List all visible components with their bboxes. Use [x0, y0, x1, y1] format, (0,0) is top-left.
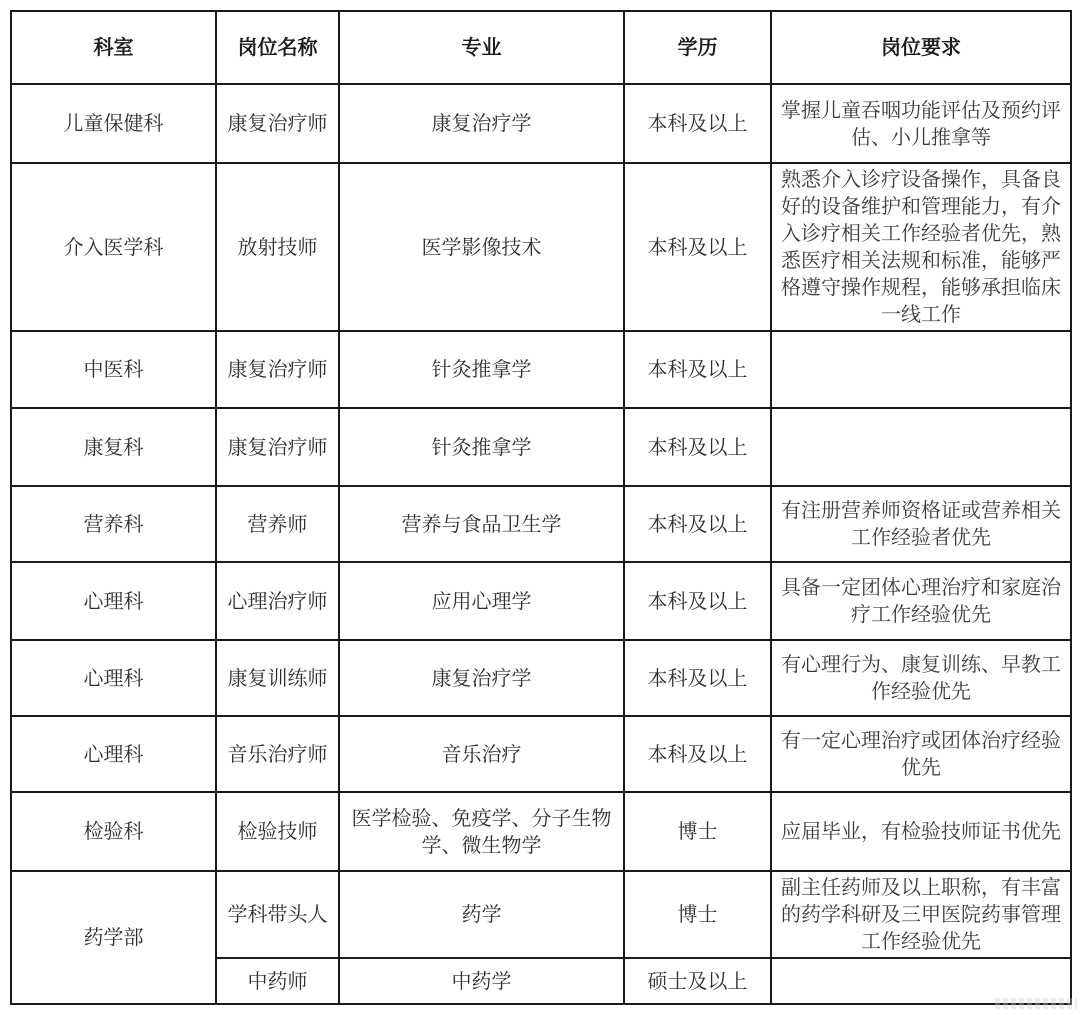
cell-req: 有注册营养师资格证或营养相关工作经验者优先: [771, 486, 1071, 562]
cell-degree: 博士: [624, 792, 771, 871]
cell-major: 药学: [339, 871, 624, 958]
cell-major: 康复治疗学: [339, 640, 624, 716]
cell-title: 心理治疗师: [216, 562, 339, 640]
cell-degree: 本科及以上: [624, 640, 771, 716]
cell-req: [771, 958, 1071, 1004]
cell-degree: 博士: [624, 871, 771, 958]
cell-degree: 本科及以上: [624, 408, 771, 486]
cell-req: 有一定心理治疗或团体治疗经验优先: [771, 716, 1071, 792]
cell-title: 音乐治疗师: [216, 716, 339, 792]
cell-degree: 硕士及以上: [624, 958, 771, 1004]
cell-degree: 本科及以上: [624, 486, 771, 562]
cell-dept: 儿童保健科: [11, 84, 216, 163]
cell-dept: 心理科: [11, 716, 216, 792]
cell-major: 中药学: [339, 958, 624, 1004]
header-dept: 科室: [11, 11, 216, 84]
cell-dept: 心理科: [11, 640, 216, 716]
cell-degree: 本科及以上: [624, 163, 771, 331]
cell-title: 中药师: [216, 958, 339, 1004]
cell-dept: 中医科: [11, 331, 216, 408]
cell-req: 掌握儿童吞咽功能评估及预约评估、小儿推拿等: [771, 84, 1071, 163]
cell-major: 针灸推拿学: [339, 331, 624, 408]
cell-title: 康复训练师: [216, 640, 339, 716]
cell-degree: 本科及以上: [624, 84, 771, 163]
cell-major: 康复治疗学: [339, 84, 624, 163]
cell-req: 具备一定团体心理治疗和家庭治疗工作经验优先: [771, 562, 1071, 640]
cell-req: [771, 408, 1071, 486]
cell-req: 应届毕业，有检验技师证书优先: [771, 792, 1071, 871]
cell-dept: 介入医学科: [11, 163, 216, 331]
cell-title: 检验技师: [216, 792, 339, 871]
table-row: 心理科 心理治疗师 应用心理学 本科及以上 具备一定团体心理治疗和家庭治疗工作经…: [11, 562, 1071, 640]
cell-dept: 检验科: [11, 792, 216, 871]
header-degree: 学历: [624, 11, 771, 84]
cell-dept: 心理科: [11, 562, 216, 640]
cell-title: 学科带头人: [216, 871, 339, 958]
cell-major: 营养与食品卫生学: [339, 486, 624, 562]
cell-dept: 康复科: [11, 408, 216, 486]
table-row: 康复科 康复治疗师 针灸推拿学 本科及以上: [11, 408, 1071, 486]
cell-req: 有心理行为、康复训练、早教工作经验优先: [771, 640, 1071, 716]
cell-req: 副主任药师及以上职称，有丰富的药学科研及三甲医院药事管理工作经验优先: [771, 871, 1071, 958]
table-row: 检验科 检验技师 医学检验、免疫学、分子生物学、微生物学 博士 应届毕业，有检验…: [11, 792, 1071, 871]
table-row: 介入医学科 放射技师 医学影像技术 本科及以上 熟悉介入诊疗设备操作，具备良好的…: [11, 163, 1071, 331]
cell-req: [771, 331, 1071, 408]
cell-major: 医学检验、免疫学、分子生物学、微生物学: [339, 792, 624, 871]
table-row: 儿童保健科 康复治疗师 康复治疗学 本科及以上 掌握儿童吞咽功能评估及预约评估、…: [11, 84, 1071, 163]
cell-dept-merged: 药学部: [11, 871, 216, 1004]
cell-major: 音乐治疗: [339, 716, 624, 792]
header-row: 科室 岗位名称 专业 学历 岗位要求: [11, 11, 1071, 84]
table-row: 药学部 学科带头人 药学 博士 副主任药师及以上职称，有丰富的药学科研及三甲医院…: [11, 871, 1071, 958]
recruitment-table: 科室 岗位名称 专业 学历 岗位要求 儿童保健科 康复治疗师 康复治疗学 本科及…: [10, 10, 1072, 1005]
header-title: 岗位名称: [216, 11, 339, 84]
recruitment-table-container: 科室 岗位名称 专业 学历 岗位要求 儿童保健科 康复治疗师 康复治疗学 本科及…: [10, 10, 1070, 1005]
cell-degree: 本科及以上: [624, 562, 771, 640]
header-req: 岗位要求: [771, 11, 1071, 84]
cell-major: 应用心理学: [339, 562, 624, 640]
cell-degree: 本科及以上: [624, 716, 771, 792]
table-row: 中医科 康复治疗师 针灸推拿学 本科及以上: [11, 331, 1071, 408]
cell-title: 放射技师: [216, 163, 339, 331]
cell-degree: 本科及以上: [624, 331, 771, 408]
cell-title: 康复治疗师: [216, 408, 339, 486]
cell-req: 熟悉介入诊疗设备操作，具备良好的设备维护和管理能力，有介入诊疗相关工作经验者优先…: [771, 163, 1071, 331]
cell-title: 营养师: [216, 486, 339, 562]
table-row: 心理科 音乐治疗师 音乐治疗 本科及以上 有一定心理治疗或团体治疗经验优先: [11, 716, 1071, 792]
table-row: 心理科 康复训练师 康复治疗学 本科及以上 有心理行为、康复训练、早教工作经验优…: [11, 640, 1071, 716]
cell-title: 康复治疗师: [216, 331, 339, 408]
cell-dept: 营养科: [11, 486, 216, 562]
header-major: 专业: [339, 11, 624, 84]
cell-major: 医学影像技术: [339, 163, 624, 331]
cell-title: 康复治疗师: [216, 84, 339, 163]
table-row: 营养科 营养师 营养与食品卫生学 本科及以上 有注册营养师资格证或营养相关工作经…: [11, 486, 1071, 562]
cell-major: 针灸推拿学: [339, 408, 624, 486]
